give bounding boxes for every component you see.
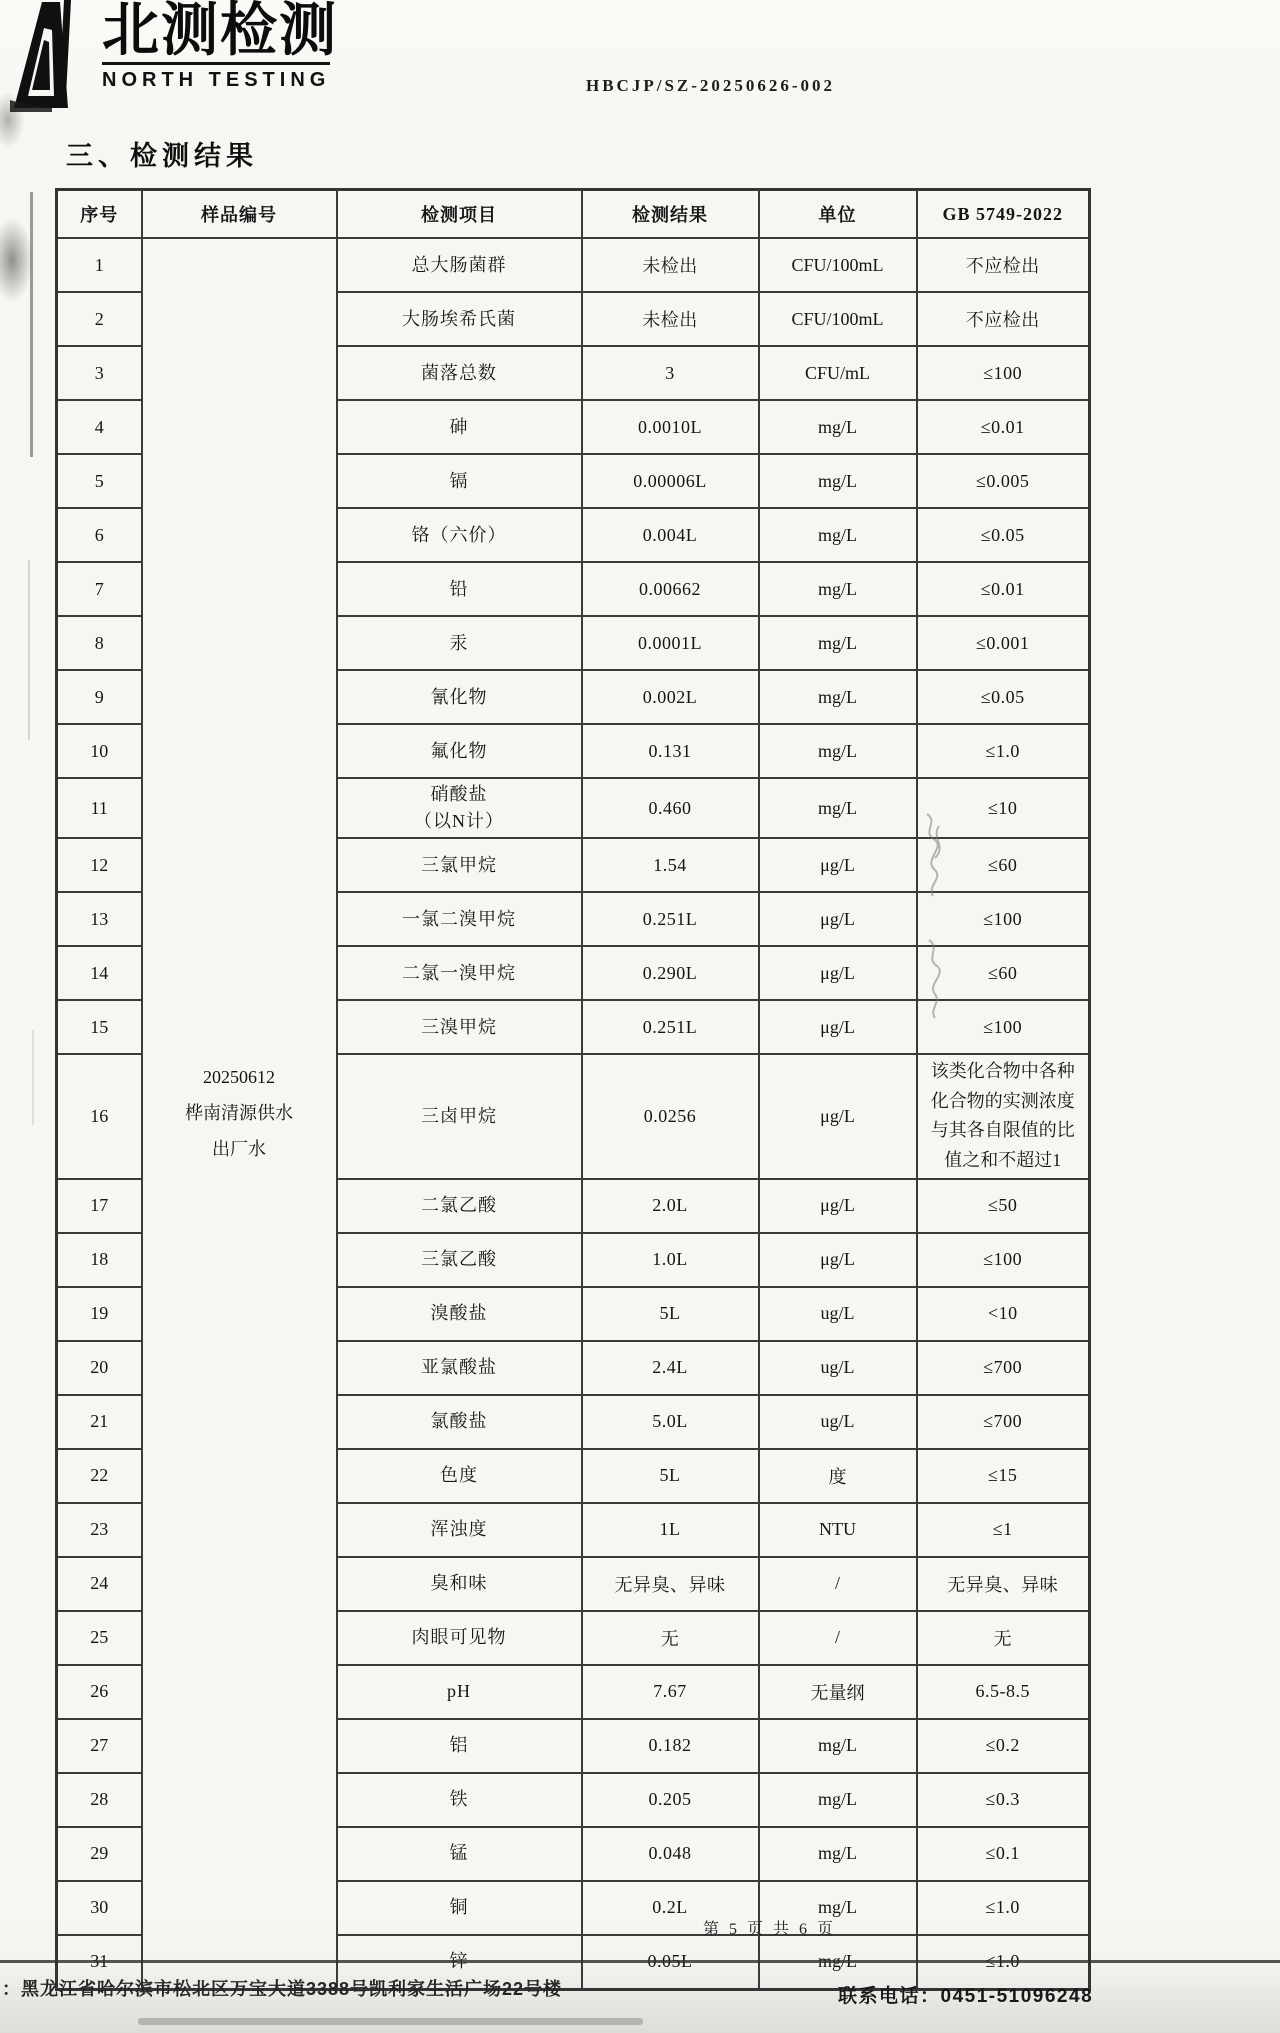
row-number-cell: 4 bbox=[57, 400, 142, 454]
test-result-cell: 1.0L bbox=[582, 1233, 759, 1287]
column-header: 序号 bbox=[57, 190, 142, 239]
test-result-cell: 5L bbox=[582, 1449, 759, 1503]
footer-phone: 联系电话：0451-51096248 bbox=[838, 1981, 1093, 2008]
unit-cell: μg/L bbox=[759, 1233, 917, 1287]
test-result-cell: 5.0L bbox=[582, 1395, 759, 1449]
row-number-cell: 16 bbox=[57, 1054, 142, 1179]
table-row: 120250612 桦南清源供水 出厂水总大肠菌群未检出CFU/100mL不应检… bbox=[57, 238, 1090, 292]
test-result-cell: 0.182 bbox=[582, 1719, 759, 1773]
gb-limit-cell: ≤700 bbox=[917, 1395, 1090, 1449]
unit-cell: μg/L bbox=[759, 946, 917, 1000]
gb-limit-cell: 无 bbox=[917, 1611, 1090, 1665]
unit-cell: CFU/mL bbox=[759, 346, 917, 400]
gb-limit-cell: <10 bbox=[917, 1287, 1090, 1341]
unit-cell: mg/L bbox=[759, 508, 917, 562]
unit-cell: / bbox=[759, 1557, 917, 1611]
test-item-cell: 菌落总数 bbox=[337, 346, 582, 400]
test-result-cell: 0.460 bbox=[582, 778, 759, 838]
gb-limit-cell: 6.5-8.5 bbox=[917, 1665, 1090, 1719]
column-header: 检测项目 bbox=[337, 190, 582, 239]
row-number-cell: 17 bbox=[57, 1179, 142, 1233]
row-number-cell: 14 bbox=[57, 946, 142, 1000]
row-number-cell: 6 bbox=[57, 508, 142, 562]
gb-limit-cell: ≤0.2 bbox=[917, 1719, 1090, 1773]
test-item-cell: 三卤甲烷 bbox=[337, 1054, 582, 1179]
test-result-cell: 0.251L bbox=[582, 892, 759, 946]
test-item-cell: 镉 bbox=[337, 454, 582, 508]
unit-cell: μg/L bbox=[759, 838, 917, 892]
gb-limit-cell: ≤0.05 bbox=[917, 670, 1090, 724]
logo-text: 北测检测 NORTH TESTING bbox=[102, 0, 338, 92]
test-result-cell: 1L bbox=[582, 1503, 759, 1557]
gb-limit-cell: ≤0.3 bbox=[917, 1773, 1090, 1827]
test-item-cell: 二氯乙酸 bbox=[337, 1179, 582, 1233]
north-testing-logo-mark bbox=[8, 0, 100, 112]
gb-limit-cell: ≤1.0 bbox=[917, 724, 1090, 778]
test-item-cell: 锰 bbox=[337, 1827, 582, 1881]
gb-limit-cell: ≤1.0 bbox=[917, 1881, 1090, 1935]
test-item-cell: 色度 bbox=[337, 1449, 582, 1503]
unit-cell: / bbox=[759, 1611, 917, 1665]
test-item-cell: 铜 bbox=[337, 1881, 582, 1935]
gb-limit-cell: ≤15 bbox=[917, 1449, 1090, 1503]
unit-cell: mg/L bbox=[759, 778, 917, 838]
unit-cell: mg/L bbox=[759, 1719, 917, 1773]
test-result-cell: 0.131 bbox=[582, 724, 759, 778]
unit-cell: CFU/100mL bbox=[759, 238, 917, 292]
unit-cell: mg/L bbox=[759, 400, 917, 454]
handwritten-mark bbox=[905, 808, 960, 1023]
test-result-cell: 0.0001L bbox=[582, 616, 759, 670]
unit-cell: μg/L bbox=[759, 1000, 917, 1054]
row-number-cell: 15 bbox=[57, 1000, 142, 1054]
test-item-cell: 大肠埃希氏菌 bbox=[337, 292, 582, 346]
test-item-cell: 铬（六价） bbox=[337, 508, 582, 562]
gb-limit-cell: ≤0.1 bbox=[917, 1827, 1090, 1881]
test-result-cell: 无异臭、异味 bbox=[582, 1557, 759, 1611]
row-number-cell: 21 bbox=[57, 1395, 142, 1449]
row-number-cell: 24 bbox=[57, 1557, 142, 1611]
results-table-header-row: 序号样品编号检测项目检测结果单位GB 5749-2022 bbox=[57, 190, 1090, 239]
gb-limit-cell: ≤0.005 bbox=[917, 454, 1090, 508]
page-number: 第 5 页 共 6 页 bbox=[703, 1916, 836, 1939]
row-number-cell: 28 bbox=[57, 1773, 142, 1827]
test-item-cell: 氟化物 bbox=[337, 724, 582, 778]
column-header: 单位 bbox=[759, 190, 917, 239]
test-result-cell: 2.0L bbox=[582, 1179, 759, 1233]
test-item-cell: 亚氯酸盐 bbox=[337, 1341, 582, 1395]
row-number-cell: 10 bbox=[57, 724, 142, 778]
test-result-cell: 5L bbox=[582, 1287, 759, 1341]
scan-edge-line bbox=[28, 560, 30, 740]
unit-cell: mg/L bbox=[759, 616, 917, 670]
unit-cell: ug/L bbox=[759, 1287, 917, 1341]
row-number-cell: 5 bbox=[57, 454, 142, 508]
test-result-cell: 0.048 bbox=[582, 1827, 759, 1881]
unit-cell: mg/L bbox=[759, 454, 917, 508]
unit-cell: mg/L bbox=[759, 670, 917, 724]
test-item-cell: pH bbox=[337, 1665, 582, 1719]
row-number-cell: 30 bbox=[57, 1881, 142, 1935]
unit-cell: ug/L bbox=[759, 1341, 917, 1395]
gb-limit-cell: ≤700 bbox=[917, 1341, 1090, 1395]
row-number-cell: 25 bbox=[57, 1611, 142, 1665]
test-result-cell: 3 bbox=[582, 346, 759, 400]
row-number-cell: 19 bbox=[57, 1287, 142, 1341]
section-title: 三、检测结果 bbox=[66, 134, 258, 173]
test-result-cell: 0.004L bbox=[582, 508, 759, 562]
unit-cell: mg/L bbox=[759, 1827, 917, 1881]
test-item-cell: 铅 bbox=[337, 562, 582, 616]
gb-limit-cell: ≤0.001 bbox=[917, 616, 1090, 670]
row-number-cell: 2 bbox=[57, 292, 142, 346]
test-result-cell: 0.205 bbox=[582, 1773, 759, 1827]
test-result-cell: 0.0256 bbox=[582, 1054, 759, 1179]
column-header: 样品编号 bbox=[142, 190, 337, 239]
footer-address: ：黑龙江省哈尔滨市松北区万宝大道3388号凯利家生活广场22号楼 bbox=[2, 1975, 562, 2001]
results-table-body: 120250612 桦南清源供水 出厂水总大肠菌群未检出CFU/100mL不应检… bbox=[57, 238, 1090, 1989]
test-item-cell: 肉眼可见物 bbox=[337, 1611, 582, 1665]
unit-cell: CFU/100mL bbox=[759, 292, 917, 346]
gb-limit-cell: ≤100 bbox=[917, 1233, 1090, 1287]
test-result-cell: 2.4L bbox=[582, 1341, 759, 1395]
logo-cn-text: 北测检测 bbox=[102, 1, 338, 59]
row-number-cell: 13 bbox=[57, 892, 142, 946]
row-number-cell: 12 bbox=[57, 838, 142, 892]
unit-cell: 度 bbox=[759, 1449, 917, 1503]
logo-en-text: NORTH TESTING bbox=[102, 62, 330, 92]
unit-cell: mg/L bbox=[759, 562, 917, 616]
row-number-cell: 18 bbox=[57, 1233, 142, 1287]
test-item-cell: 臭和味 bbox=[337, 1557, 582, 1611]
test-result-cell: 0.251L bbox=[582, 1000, 759, 1054]
test-result-cell: 7.67 bbox=[582, 1665, 759, 1719]
test-result-cell: 0.0010L bbox=[582, 400, 759, 454]
test-result-cell: 无 bbox=[582, 1611, 759, 1665]
row-number-cell: 27 bbox=[57, 1719, 142, 1773]
test-item-cell: 浑浊度 bbox=[337, 1503, 582, 1557]
test-item-cell: 二氯一溴甲烷 bbox=[337, 946, 582, 1000]
unit-cell: 无量纲 bbox=[759, 1665, 917, 1719]
unit-cell: μg/L bbox=[759, 1054, 917, 1179]
test-item-cell: 铝 bbox=[337, 1719, 582, 1773]
north-testing-logo: 北测检测 NORTH TESTING bbox=[8, 0, 338, 112]
unit-cell: μg/L bbox=[759, 1179, 917, 1233]
test-item-cell: 氯酸盐 bbox=[337, 1395, 582, 1449]
report-number: HBCJP/SZ-20250626-002 bbox=[586, 76, 835, 96]
unit-cell: mg/L bbox=[759, 1773, 917, 1827]
test-result-cell: 0.002L bbox=[582, 670, 759, 724]
test-item-cell: 硝酸盐 （以N计） bbox=[337, 778, 582, 838]
footer-divider bbox=[0, 1960, 1280, 1963]
test-result-cell: 未检出 bbox=[582, 292, 759, 346]
row-number-cell: 9 bbox=[57, 670, 142, 724]
results-table: 序号样品编号检测项目检测结果单位GB 5749-2022 120250612 桦… bbox=[55, 188, 1091, 1991]
gb-limit-cell: ≤0.01 bbox=[917, 562, 1090, 616]
row-number-cell: 29 bbox=[57, 1827, 142, 1881]
test-item-cell: 三氯乙酸 bbox=[337, 1233, 582, 1287]
test-item-cell: 一氯二溴甲烷 bbox=[337, 892, 582, 946]
test-item-cell: 三溴甲烷 bbox=[337, 1000, 582, 1054]
gb-limit-cell: ≤0.01 bbox=[917, 400, 1090, 454]
unit-cell: NTU bbox=[759, 1503, 917, 1557]
gb-limit-cell: ≤50 bbox=[917, 1179, 1090, 1233]
scan-bottom-bar bbox=[138, 2018, 643, 2025]
scanned-report-page: 北测检测 NORTH TESTING HBCJP/SZ-20250626-002… bbox=[0, 0, 1280, 2033]
test-item-cell: 氰化物 bbox=[337, 670, 582, 724]
row-number-cell: 3 bbox=[57, 346, 142, 400]
test-result-cell: 1.54 bbox=[582, 838, 759, 892]
gb-limit-cell: 不应检出 bbox=[917, 238, 1090, 292]
column-header: GB 5749-2022 bbox=[917, 190, 1090, 239]
scan-edge-line bbox=[30, 192, 33, 457]
unit-cell: ug/L bbox=[759, 1395, 917, 1449]
column-header: 检测结果 bbox=[582, 190, 759, 239]
test-result-cell: 未检出 bbox=[582, 238, 759, 292]
row-number-cell: 1 bbox=[57, 238, 142, 292]
row-number-cell: 7 bbox=[57, 562, 142, 616]
gb-limit-cell: ≤0.05 bbox=[917, 508, 1090, 562]
gb-limit-cell: ≤1 bbox=[917, 1503, 1090, 1557]
test-item-cell: 总大肠菌群 bbox=[337, 238, 582, 292]
gb-limit-cell: 无异臭、异味 bbox=[917, 1557, 1090, 1611]
test-item-cell: 铁 bbox=[337, 1773, 582, 1827]
gb-limit-cell: ≤100 bbox=[917, 346, 1090, 400]
test-item-cell: 溴酸盐 bbox=[337, 1287, 582, 1341]
gb-limit-cell: 该类化合物中各种化合物的实测浓度与其各自限值的比值之和不超过1 bbox=[917, 1054, 1090, 1179]
test-result-cell: 0.290L bbox=[582, 946, 759, 1000]
unit-cell: μg/L bbox=[759, 892, 917, 946]
unit-cell: mg/L bbox=[759, 724, 917, 778]
test-item-cell: 汞 bbox=[337, 616, 582, 670]
sample-id-cell: 20250612 桦南清源供水 出厂水 bbox=[142, 238, 337, 1989]
row-number-cell: 23 bbox=[57, 1503, 142, 1557]
test-item-cell: 砷 bbox=[337, 400, 582, 454]
test-item-cell: 三氯甲烷 bbox=[337, 838, 582, 892]
gb-limit-cell: 不应检出 bbox=[917, 292, 1090, 346]
row-number-cell: 8 bbox=[57, 616, 142, 670]
row-number-cell: 22 bbox=[57, 1449, 142, 1503]
row-number-cell: 20 bbox=[57, 1341, 142, 1395]
row-number-cell: 26 bbox=[57, 1665, 142, 1719]
test-result-cell: 0.00662 bbox=[582, 562, 759, 616]
test-result-cell: 0.00006L bbox=[582, 454, 759, 508]
row-number-cell: 11 bbox=[57, 778, 142, 838]
scan-edge-line bbox=[32, 1030, 34, 1125]
